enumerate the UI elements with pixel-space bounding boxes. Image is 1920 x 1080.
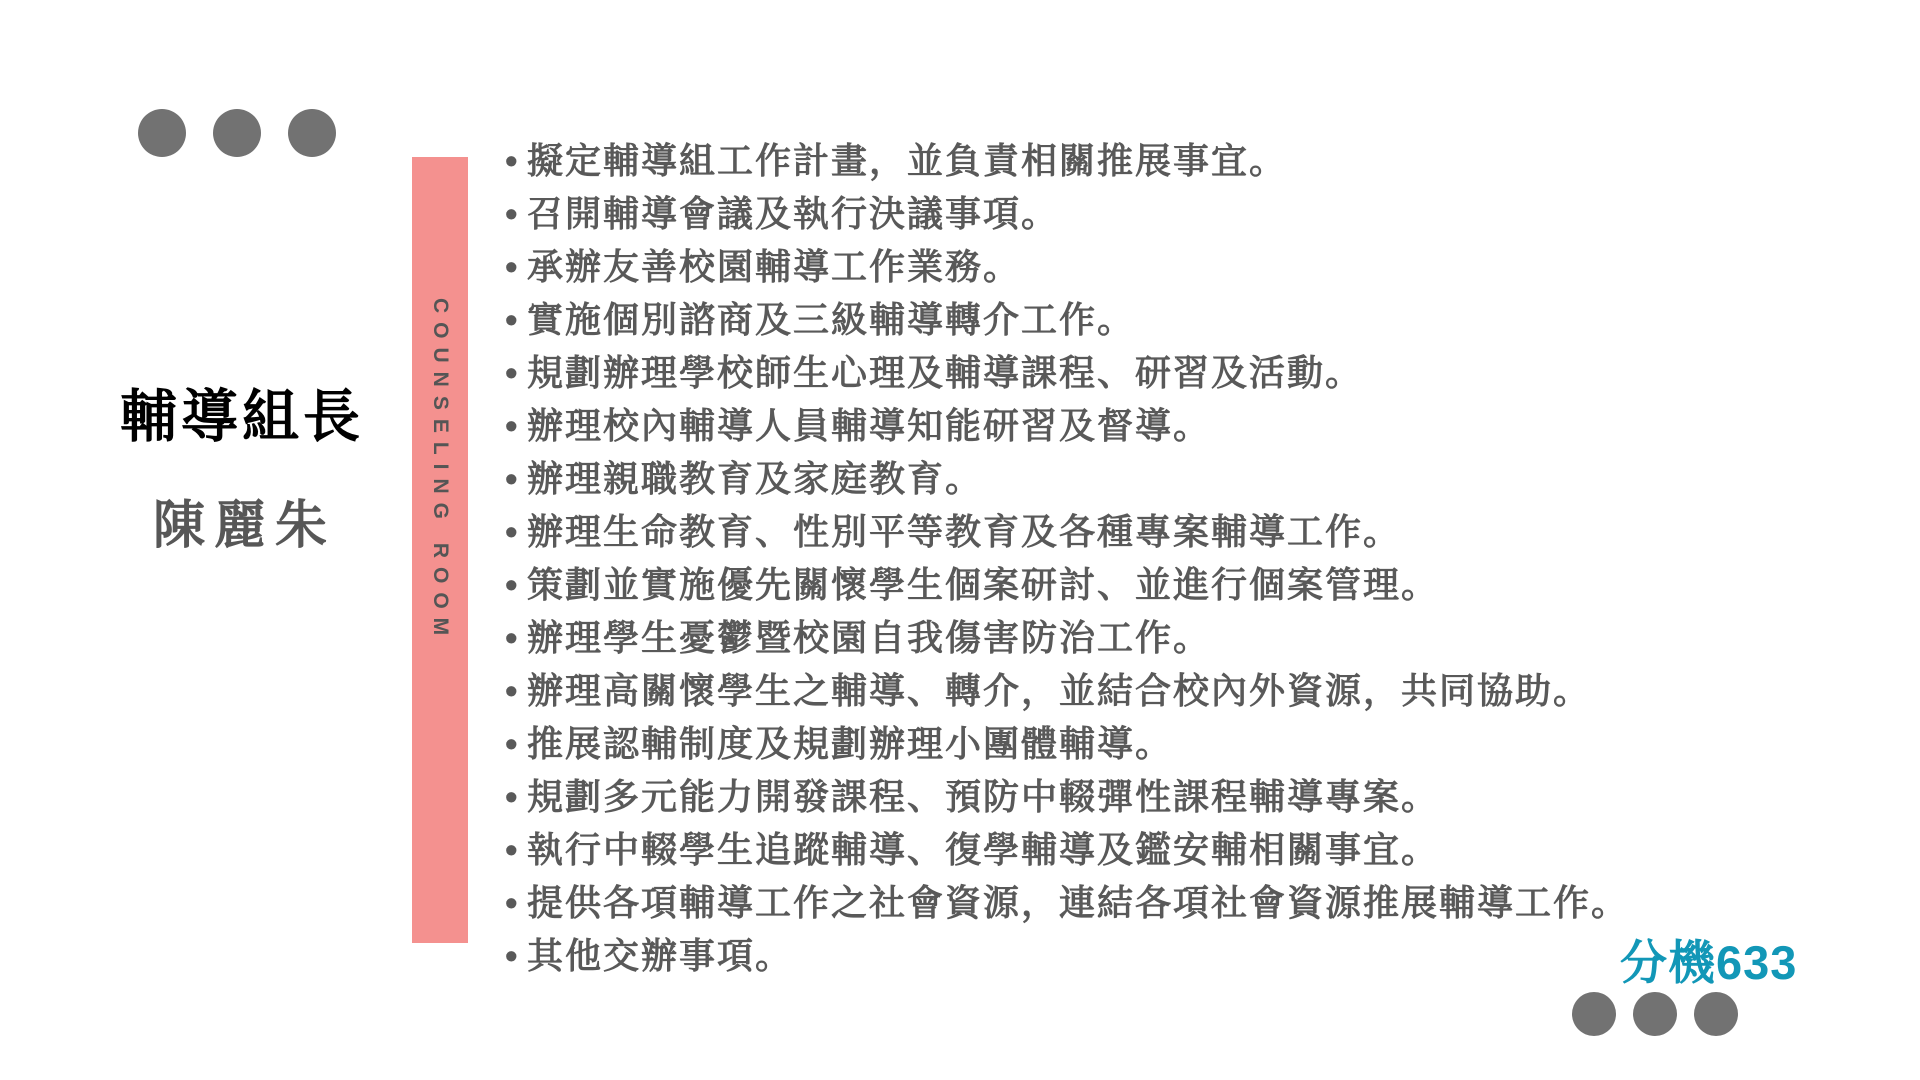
bullet-icon: • [505,558,527,611]
bullet-icon: • [505,876,527,929]
counseling-room-label: COUNSELING ROOM [428,298,452,644]
dot-icon [138,109,186,157]
duty-item: •辦理學生憂鬱暨校園自我傷害防治工作。 [505,611,1629,664]
duties-list: •擬定輔導組工作計畫，並負責相關推展事宜。 •召開輔導會議及執行決議事項。 •承… [505,134,1629,982]
duty-text: 其他交辦事項。 [527,929,793,982]
bullet-icon: • [505,346,527,399]
duty-text: 辦理高關懷學生之輔導、轉介，並結合校內外資源，共同協助。 [527,664,1591,717]
duty-text: 策劃並實施優先關懷學生個案研討、並進行個案管理。 [527,558,1439,611]
bullet-icon: • [505,664,527,717]
duty-text: 實施個別諮商及三級輔導轉介工作。 [527,293,1135,346]
bullet-icon: • [505,505,527,558]
duty-item: •辦理親職教育及家庭教育。 [505,452,1629,505]
dot-icon [1694,992,1738,1036]
duty-text: 規劃多元能力開發課程、預防中輟彈性課程輔導專案。 [527,770,1439,823]
bullet-icon: • [505,929,527,982]
bullet-icon: • [505,134,527,187]
dot-icon [1633,992,1677,1036]
duty-text: 辦理生命教育、性別平等教育及各種專案輔導工作。 [527,505,1401,558]
duty-text: 辦理學生憂鬱暨校園自我傷害防治工作。 [527,611,1211,664]
duty-item: •擬定輔導組工作計畫，並負責相關推展事宜。 [505,134,1629,187]
duty-item: •辦理校內輔導人員輔導知能研習及督導。 [505,399,1629,452]
duty-item: •推展認輔制度及規劃辦理小團體輔導。 [505,717,1629,770]
duty-item: •策劃並實施優先關懷學生個案研討、並進行個案管理。 [505,558,1629,611]
duty-item: •規劃辦理學校師生心理及輔導課程、研習及活動。 [505,346,1629,399]
counseling-room-bar: COUNSELING ROOM [412,157,468,943]
duty-text: 辦理親職教育及家庭教育。 [527,452,983,505]
duty-text: 推展認輔制度及規劃辦理小團體輔導。 [527,717,1173,770]
duty-item: •召開輔導會議及執行決議事項。 [505,187,1629,240]
bullet-icon: • [505,452,527,505]
duty-text: 規劃辦理學校師生心理及輔導課程、研習及活動。 [527,346,1363,399]
slide-background: 輔導組長 陳麗朱 COUNSELING ROOM •擬定輔導組工作計畫，並負責相… [0,0,1920,1080]
top-dots [138,109,336,157]
bullet-icon: • [505,717,527,770]
duty-item: •辦理生命教育、性別平等教育及各種專案輔導工作。 [505,505,1629,558]
dot-icon [288,109,336,157]
duty-item: •實施個別諮商及三級輔導轉介工作。 [505,293,1629,346]
role-name: 陳麗朱 [90,483,390,558]
extension-label: 分機633 [1620,926,1797,993]
duty-item: •提供各項輔導工作之社會資源，連結各項社會資源推展輔導工作。 [505,876,1629,929]
bullet-icon: • [505,187,527,240]
duty-item: •承辦友善校園輔導工作業務。 [505,240,1629,293]
bullet-icon: • [505,823,527,876]
duty-text: 辦理校內輔導人員輔導知能研習及督導。 [527,399,1211,452]
role-title: 輔導組長 [90,371,390,453]
bottom-dots [1572,992,1738,1036]
bullet-icon: • [505,770,527,823]
duty-item: •規劃多元能力開發課程、預防中輟彈性課程輔導專案。 [505,770,1629,823]
duty-text: 召開輔導會議及執行決議事項。 [527,187,1059,240]
duty-text: 擬定輔導組工作計畫，並負責相關推展事宜。 [527,134,1287,187]
dot-icon [1572,992,1616,1036]
duty-item: •執行中輟學生追蹤輔導、復學輔導及鑑安輔相關事宜。 [505,823,1629,876]
duty-item: •辦理高關懷學生之輔導、轉介，並結合校內外資源，共同協助。 [505,664,1629,717]
bullet-icon: • [505,293,527,346]
dot-icon [213,109,261,157]
duty-text: 提供各項輔導工作之社會資源，連結各項社會資源推展輔導工作。 [527,876,1629,929]
bullet-icon: • [505,240,527,293]
bullet-icon: • [505,399,527,452]
bullet-icon: • [505,611,527,664]
duty-text: 執行中輟學生追蹤輔導、復學輔導及鑑安輔相關事宜。 [527,823,1439,876]
duty-text: 承辦友善校園輔導工作業務。 [527,240,1021,293]
duty-item: •其他交辦事項。 [505,929,1629,982]
